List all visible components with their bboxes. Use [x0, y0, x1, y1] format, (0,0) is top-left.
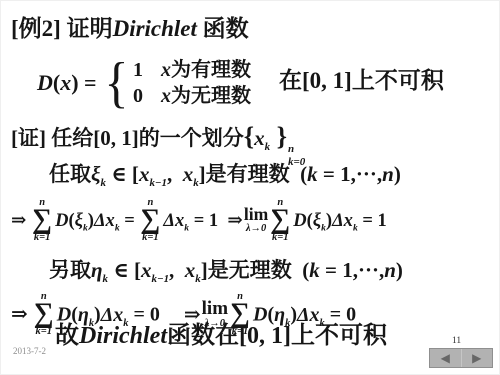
- sigma-symbol: ∑: [140, 208, 160, 232]
- math-token: 是有理数: [206, 162, 290, 186]
- math-token: xk−1: [141, 258, 169, 282]
- math-token: xk: [183, 162, 199, 186]
- math-token: xk: [254, 126, 270, 150]
- definition-lhs: D(x) =: [37, 69, 102, 97]
- sigma-symbol: ∑: [34, 302, 54, 326]
- math-token: n: [382, 162, 394, 186]
- math-token: xk: [185, 258, 201, 282]
- sum-operator: n∑k=1: [34, 291, 54, 337]
- slide-nav: ◀ ▶: [429, 348, 493, 368]
- slide: [例2] 证明Dirichlet 函数 D(x) = { 1 x为有理数 0 x…: [0, 0, 500, 375]
- not-integrable-statement: 在[0, 1]上不可积: [279, 67, 444, 96]
- math-token: {: [244, 122, 254, 151]
- math-token: [证] 任给[0, 1]的一个划分: [11, 126, 244, 150]
- sigma-symbol: ∑: [270, 208, 290, 232]
- math-token: ξk: [75, 211, 88, 231]
- math-token: Dirichlet: [113, 16, 197, 41]
- math-token: (: [290, 162, 308, 186]
- math-token: ∈ [: [108, 258, 141, 282]
- rational-choice-line: 任取ξk ∈ [xk−1, xk]是有理数 (k = 1,···,n): [49, 161, 401, 191]
- next-slide-button[interactable]: ▶: [461, 349, 493, 367]
- case-value: 1: [133, 58, 143, 83]
- sum-operator: n∑k=1: [140, 197, 160, 243]
- conclusion-line: 故Dirichlet函数在[0, 1]上不可积: [55, 321, 387, 351]
- irrational-choice-line: 另取ηk ∈ [xk−1, xk]是无理数 (k = 1,···,n): [49, 257, 403, 287]
- math-token: ) =: [71, 70, 102, 95]
- sum-operator: n∑k=1: [32, 197, 52, 243]
- math-token: (: [68, 211, 74, 231]
- math-token: ]: [199, 162, 206, 186]
- math-token: 函数在[0, 1]上不可积: [167, 323, 387, 349]
- cases-brace: {: [104, 54, 128, 112]
- example-title: [例2] 证明Dirichlet 函数: [11, 15, 249, 44]
- math-token: 为无理数: [171, 85, 251, 107]
- math-token: x: [161, 59, 171, 81]
- math-token: 为有理数: [171, 59, 251, 81]
- case-condition: x为无理数: [161, 84, 251, 109]
- math-token: Δxk: [163, 211, 189, 231]
- math-token: [例2] 证明: [11, 16, 113, 41]
- case-value: 0: [133, 84, 143, 109]
- math-token: x: [60, 70, 71, 95]
- math-token: 是无理数: [208, 258, 292, 282]
- math-token: ⇒: [11, 304, 33, 326]
- math-token: ,: [167, 162, 183, 186]
- page-number: 11: [452, 336, 461, 346]
- math-token: = 1,···,: [318, 162, 382, 186]
- sigma-symbol: ∑: [32, 208, 52, 232]
- math-token: 故: [55, 323, 79, 349]
- math-token: 另取: [49, 258, 91, 282]
- math-token: = 1: [189, 211, 227, 231]
- definition-cases: 1 x为有理数 0 x为无理数: [133, 58, 251, 109]
- sum-operator: n∑k=1: [270, 197, 290, 243]
- math-token: 任取: [49, 162, 91, 186]
- case-irrational: 0 x为无理数: [133, 84, 251, 109]
- next-arrow-icon: ▶: [472, 352, 481, 364]
- prev-arrow-icon: ◀: [441, 352, 450, 364]
- math-token: ∈ [: [106, 162, 139, 186]
- math-token: (: [307, 211, 313, 231]
- prev-slide-button[interactable]: ◀: [430, 349, 461, 367]
- math-token: ⇒: [11, 211, 31, 231]
- rational-sum-line: ⇒ n∑k=1D(ξk)Δxk = n∑k=1Δxk = 1 ⇒limλ→0n∑…: [11, 199, 387, 245]
- limit-operator: limλ→0: [244, 206, 268, 235]
- math-token: ⇒: [227, 211, 243, 231]
- case-rational: 1 x为有理数: [133, 58, 251, 83]
- math-token: k: [309, 258, 320, 282]
- math-token: ]: [201, 258, 208, 282]
- math-token: (: [292, 258, 310, 282]
- case-condition: x为有理数: [161, 58, 251, 83]
- math-token: ,: [169, 258, 185, 282]
- math-token: ): [394, 162, 401, 186]
- math-token: k: [307, 162, 318, 186]
- math-token: xk−1: [139, 162, 167, 186]
- math-token: Δxk: [332, 211, 358, 231]
- math-token: n: [384, 258, 396, 282]
- slide-date: 2013-7-2: [13, 346, 46, 356]
- math-token: ηk: [91, 258, 108, 282]
- math-token: ξk: [313, 211, 326, 231]
- math-token: }nk=0: [270, 122, 305, 151]
- math-token: Dirichlet: [79, 323, 167, 349]
- math-token: = 1: [358, 211, 387, 231]
- math-token: = 1,···,: [320, 258, 384, 282]
- math-token: D: [293, 211, 306, 231]
- math-token: ξk: [91, 162, 106, 186]
- math-token: ): [396, 258, 403, 282]
- math-token: D: [55, 211, 68, 231]
- math-token: =: [120, 211, 140, 231]
- math-token: 函数: [197, 16, 249, 41]
- math-token: Δxk: [94, 211, 120, 231]
- dirichlet-definition: D(x) = { 1 x为有理数 0 x为无理数: [37, 51, 251, 115]
- math-token: x: [161, 85, 171, 107]
- math-token: D: [37, 70, 53, 95]
